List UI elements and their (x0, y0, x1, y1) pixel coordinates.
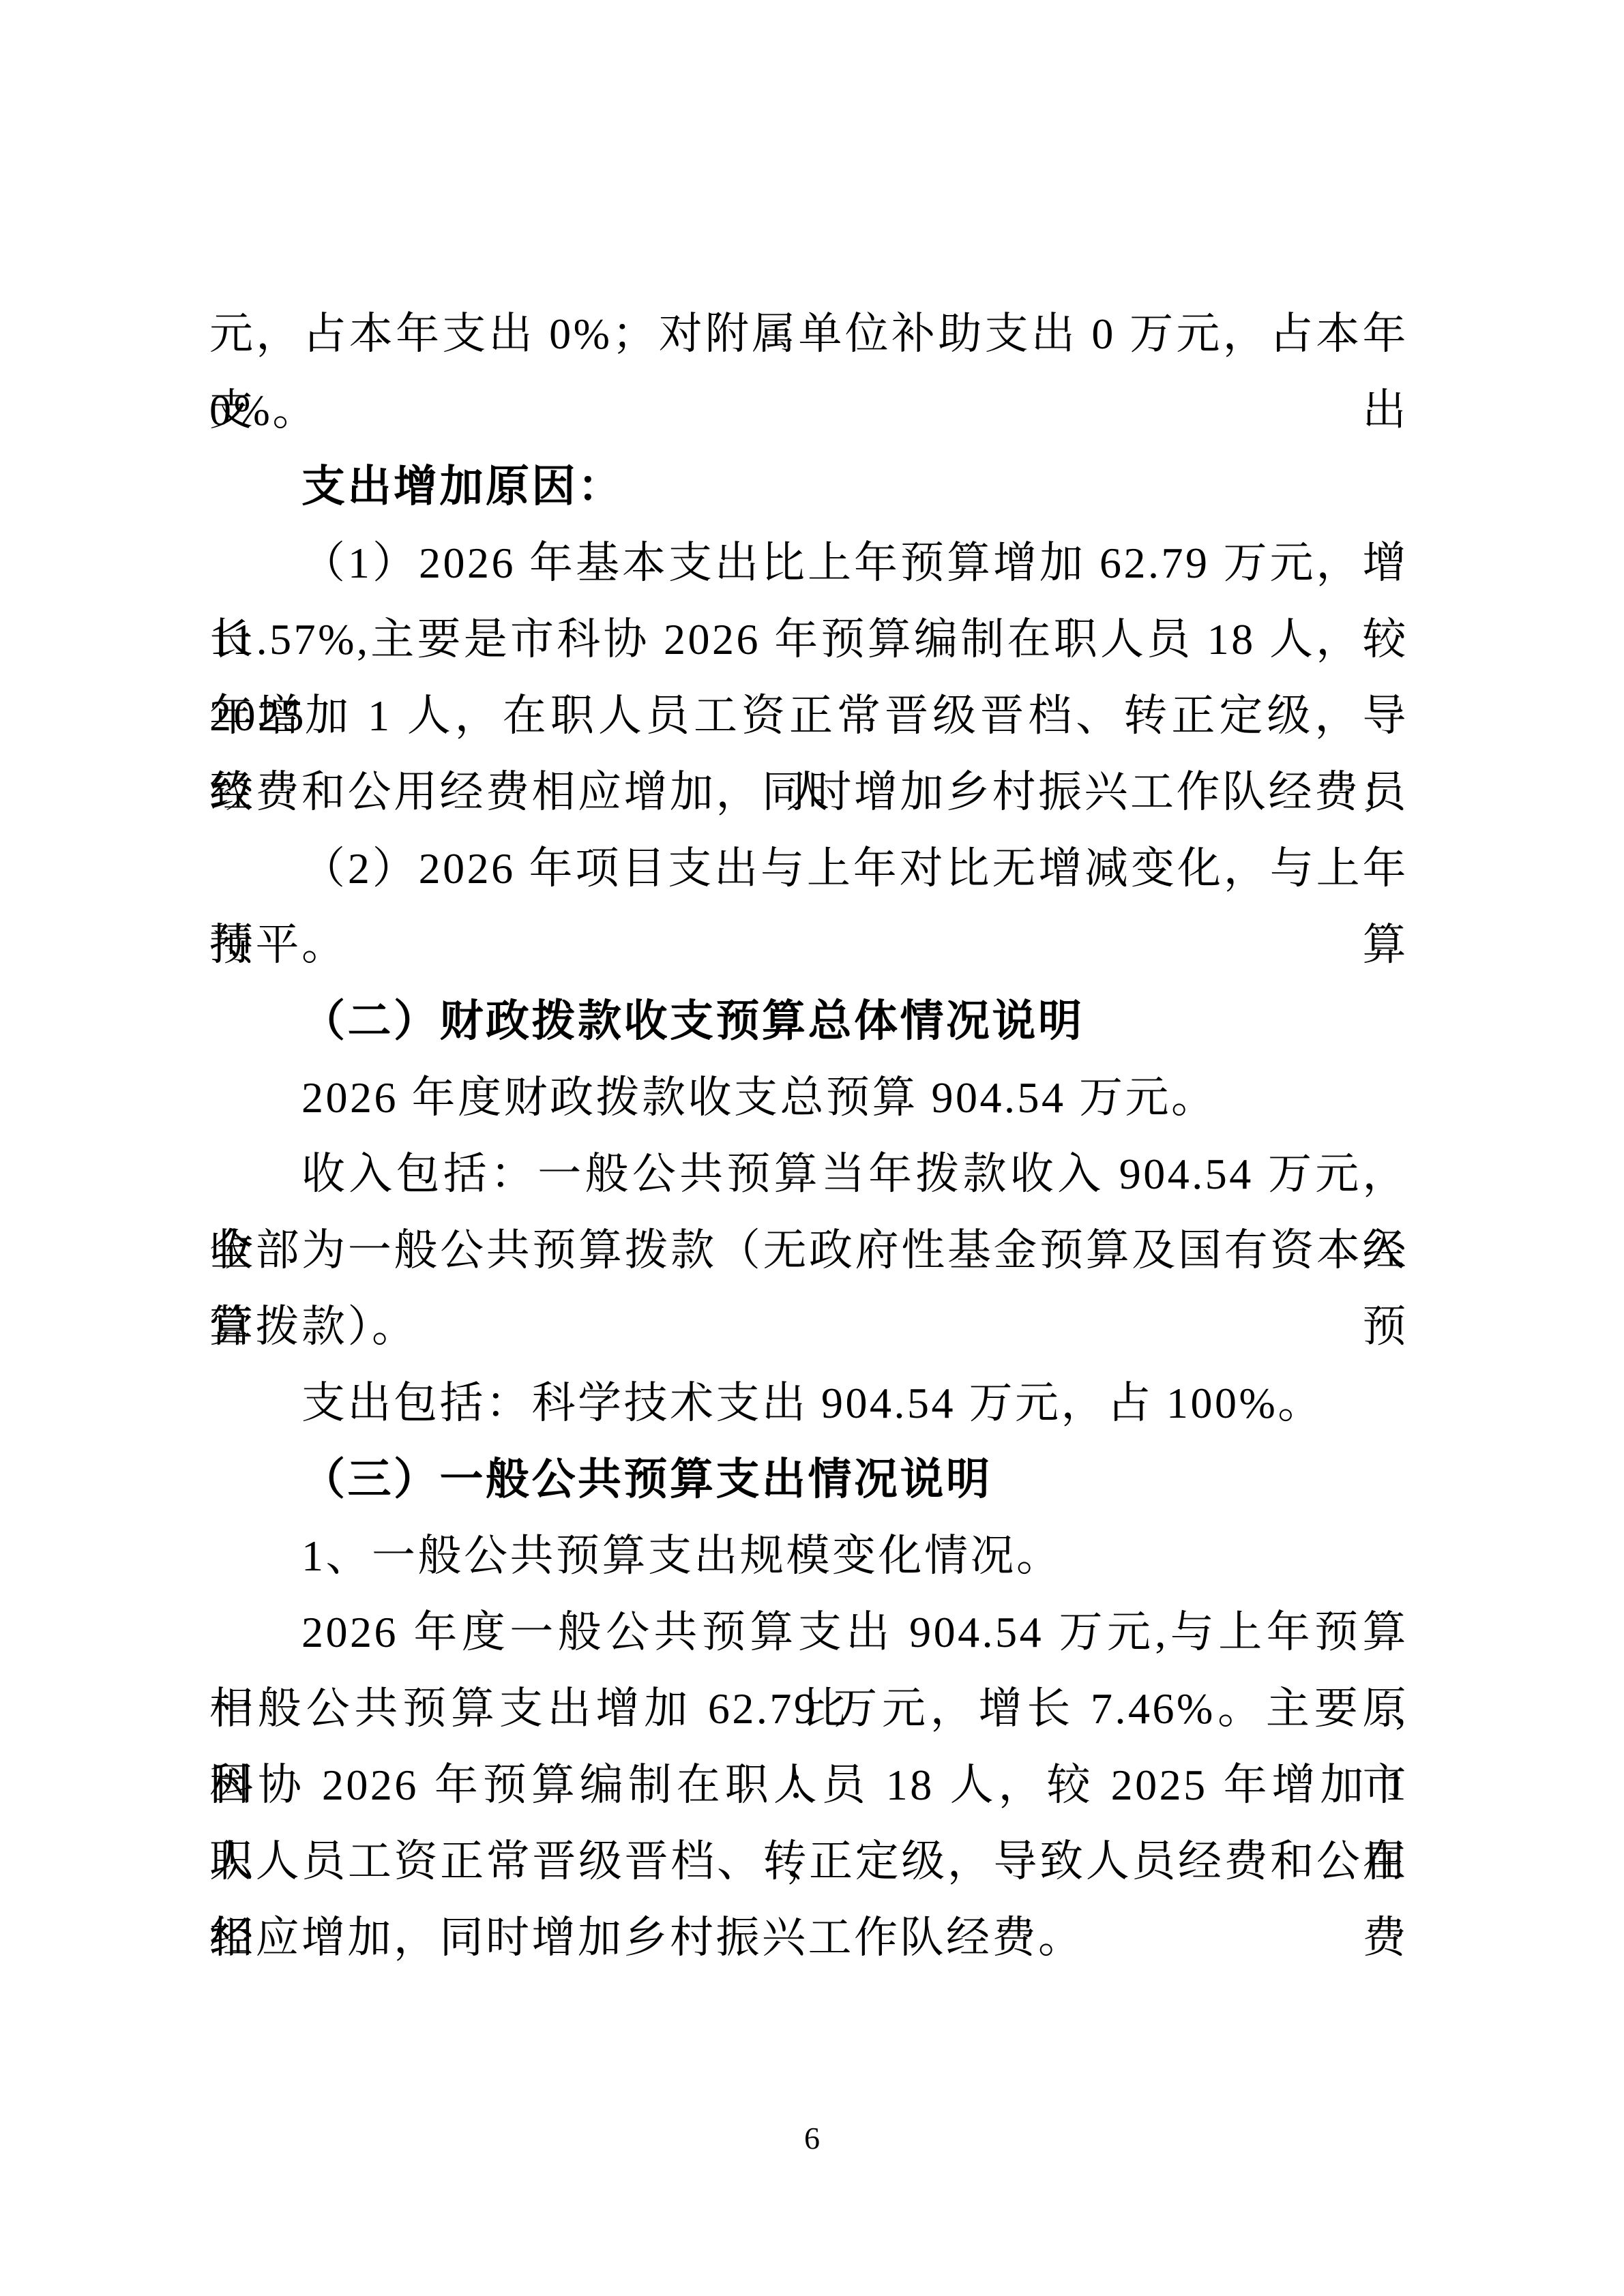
page-number: 6 (0, 2118, 1624, 2159)
text-line: 2026 年度一般公共预算支出 904.54 万元,与上年预算相比, (209, 1594, 1408, 1671)
heading-line: （三）一般公共预算支出情况说明 (209, 1442, 1408, 1518)
text-line: （2）2026 年项目支出与上年对比无增减变化，与上年预算 (209, 831, 1408, 907)
text-line: 1、一般公共预算支出规模变化情况。 (209, 1518, 1408, 1594)
document-text-block: 元，占本年支出 0%；对附属单位补助支出 0 万元，占本年支出0%。支出增加原因… (209, 296, 1408, 1976)
text-line: 年增加 1 人，在职人员工资正常晋级晋档、转正定级，导致人员 (209, 678, 1408, 754)
text-line: 元，占本年支出 0%；对附属单位补助支出 0 万元，占本年支出 (209, 296, 1408, 372)
text-line: （1）2026 年基本支出比上年预算增加 62.79 万元，增长 (209, 525, 1408, 601)
text-line: 职人员工资正常晋级晋档、转正定级，导致人员经费和公用经费 (209, 1823, 1408, 1900)
text-line: 11.57%,主要是市科协 2026 年预算编制在职人员 18 人，较 2025 (209, 601, 1408, 678)
text-line: 收入包括：一般公共预算当年拨款收入 904.54 万元，收入 (209, 1136, 1408, 1212)
text-line: 经费和公用经费相应增加，同时增加乡村振兴工作队经费； (209, 754, 1408, 831)
text-line: 科协 2026 年预算编制在职人员 18 人，较 2025 年增加 1 人，在 (209, 1747, 1408, 1823)
text-line: 全部为一般公共预算拨款（无政府性基金预算及国有资本经营预 (209, 1212, 1408, 1289)
heading-line: 支出增加原因： (209, 449, 1408, 525)
text-line: 2026 年度财政拨款收支总预算 904.54 万元。 (209, 1060, 1408, 1136)
text-line: 支出包括：科学技术支出 904.54 万元，占 100%。 (209, 1365, 1408, 1442)
heading-line: （二）财政拨款收支预算总体情况说明 (209, 983, 1408, 1060)
document-page: 元，占本年支出 0%；对附属单位补助支出 0 万元，占本年支出0%。支出增加原因… (0, 0, 1624, 2296)
text-line: 一般公共预算支出增加 62.79 万元，增长 7.46%。主要原因：市 (209, 1671, 1408, 1747)
